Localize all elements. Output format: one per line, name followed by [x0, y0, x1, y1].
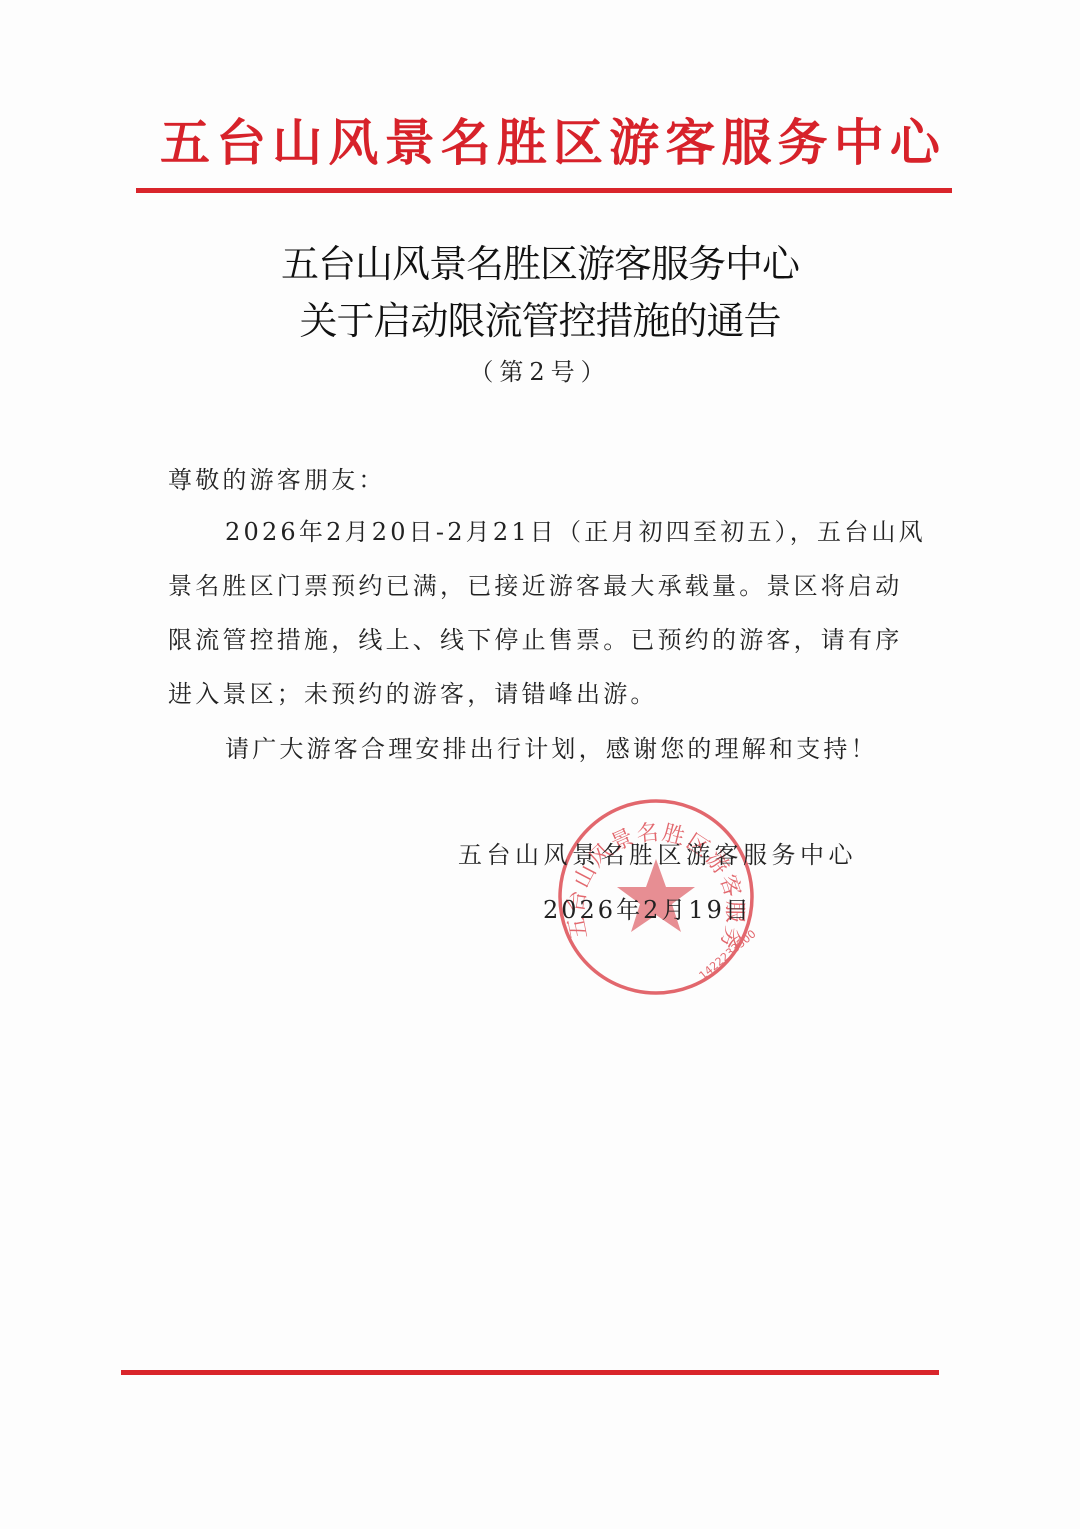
notice-number: （第2号）: [0, 352, 1080, 387]
letterhead-title: 五台山风景名胜区游客服务中心: [160, 112, 940, 174]
salutation: 尊敬的游客朋友：: [168, 453, 386, 507]
letterhead-char: 区: [553, 112, 603, 174]
issuer-signature: 五台山风景名胜区游客服务中心: [458, 835, 857, 870]
letterhead-char: 台: [216, 112, 266, 174]
footer-red-rule: [121, 1370, 939, 1375]
letterhead-char: 名: [441, 112, 491, 174]
body-paragraph-1: 2026年2月20日-2月21日（正月初四至初五），五台山风景名胜区门票预约已满…: [168, 505, 928, 721]
letterhead-red-rule: [136, 188, 952, 193]
letterhead-char: 客: [665, 112, 715, 174]
notice-title-line1: 五台山风景名胜区游客服务中心: [0, 233, 1080, 288]
letterhead-char: 五: [160, 112, 210, 174]
letterhead-char: 游: [609, 112, 659, 174]
letterhead-char: 胜: [497, 112, 547, 174]
notice-document: 五台山风景名胜区游客服务中心 五台山风景名胜区游客服务中心 关于启动限流管控措施…: [0, 0, 1080, 1529]
letterhead-char: 心: [890, 112, 940, 174]
seal-ring-text: 五台山风景名胜区游客服务中心: [553, 797, 747, 954]
letterhead-char: 风: [328, 112, 378, 174]
letterhead-char: 服: [721, 112, 771, 174]
letterhead-char: 务: [778, 112, 828, 174]
body-paragraph-2: 请广大游客合理安排出行计划，感谢您的理解和支持！: [168, 722, 928, 776]
letterhead-char: 山: [272, 112, 322, 174]
letterhead-char: 景: [385, 112, 435, 174]
issue-date: 2026年2月19日: [543, 890, 752, 925]
svg-text:五台山风景名胜区游客服务中心: 五台山风景名胜区游客服务中心: [553, 797, 747, 954]
notice-title-line2: 关于启动限流管控措施的通告: [0, 290, 1080, 345]
letterhead-char: 中: [834, 112, 884, 174]
